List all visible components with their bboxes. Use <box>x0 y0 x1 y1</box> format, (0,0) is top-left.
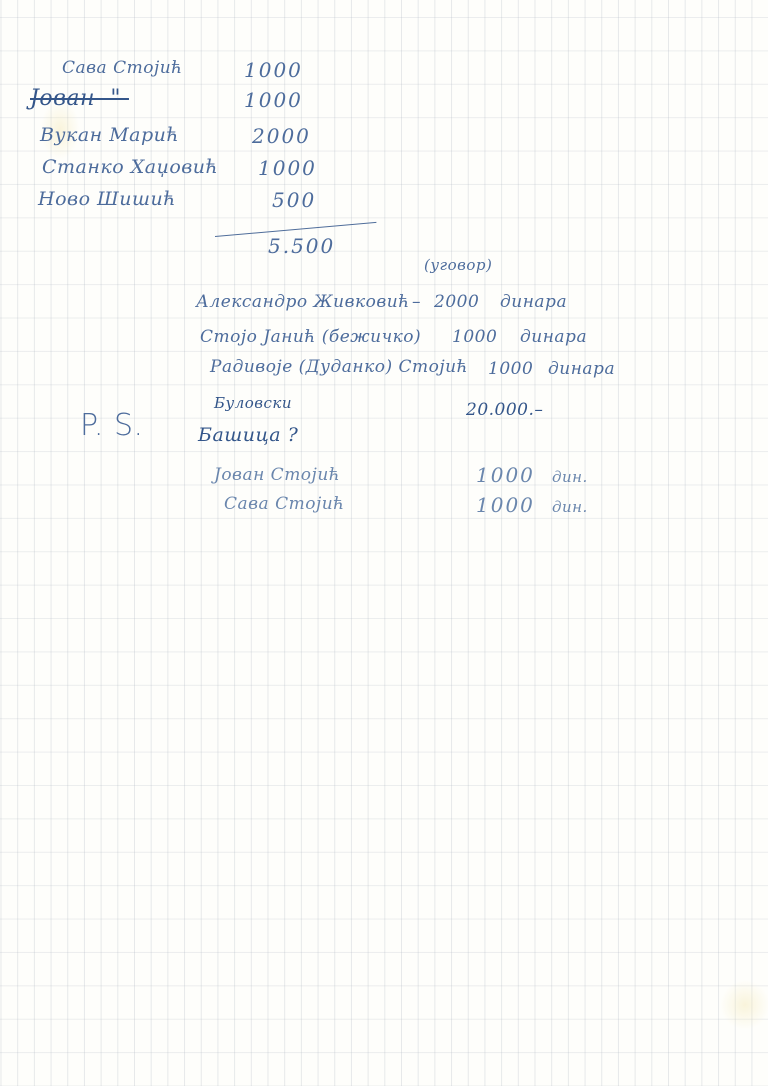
list1-amount: 1000 <box>244 58 303 82</box>
list1-name: Вукан Марић <box>40 124 179 146</box>
list2-unit: динара <box>548 359 615 379</box>
ps-unit: дин. <box>552 468 588 486</box>
list1-amount: 500 <box>272 188 316 212</box>
list2-unit: динара <box>500 292 567 312</box>
list1-amount: 2000 <box>252 124 311 148</box>
paper-stain <box>720 980 768 1030</box>
list2-name: Радивоје (Дуданко) Стојић <box>210 357 468 377</box>
list1-total: 5.500 <box>268 234 335 258</box>
ps-amount: 1000 <box>476 493 535 517</box>
list2-separator: – <box>412 292 421 312</box>
extra-name: Буловски <box>214 394 292 412</box>
extra-name: Башица ? <box>198 424 298 446</box>
ps-label: P. S. <box>80 408 144 443</box>
list1-amount: 1000 <box>244 88 303 112</box>
ps-amount: 1000 <box>476 463 535 487</box>
list1-name: Јован -"- <box>30 86 129 111</box>
list2-name: Александро Живковић <box>196 292 410 312</box>
list2-amount: 1000 <box>452 327 497 347</box>
list1-name: Сава Стојић <box>62 58 183 78</box>
list2-amount: 1000 <box>488 359 533 379</box>
list1-name: Ново Шишић <box>38 188 176 210</box>
extra-amount: 20.000.– <box>466 400 543 420</box>
ps-name: Сава Стојић <box>224 494 345 514</box>
note-parenthetical: (уговор) <box>424 256 492 274</box>
list1-name: Станко Хаџовић <box>42 156 218 178</box>
ps-name: Јован Стојић <box>214 465 340 485</box>
list1-amount: 1000 <box>258 156 317 180</box>
list2-amount: 2000 <box>434 292 479 312</box>
list2-name: Стојо Јанић (бежичко) <box>200 327 421 347</box>
ps-unit: дин. <box>552 498 588 516</box>
list2-unit: динара <box>520 327 587 347</box>
